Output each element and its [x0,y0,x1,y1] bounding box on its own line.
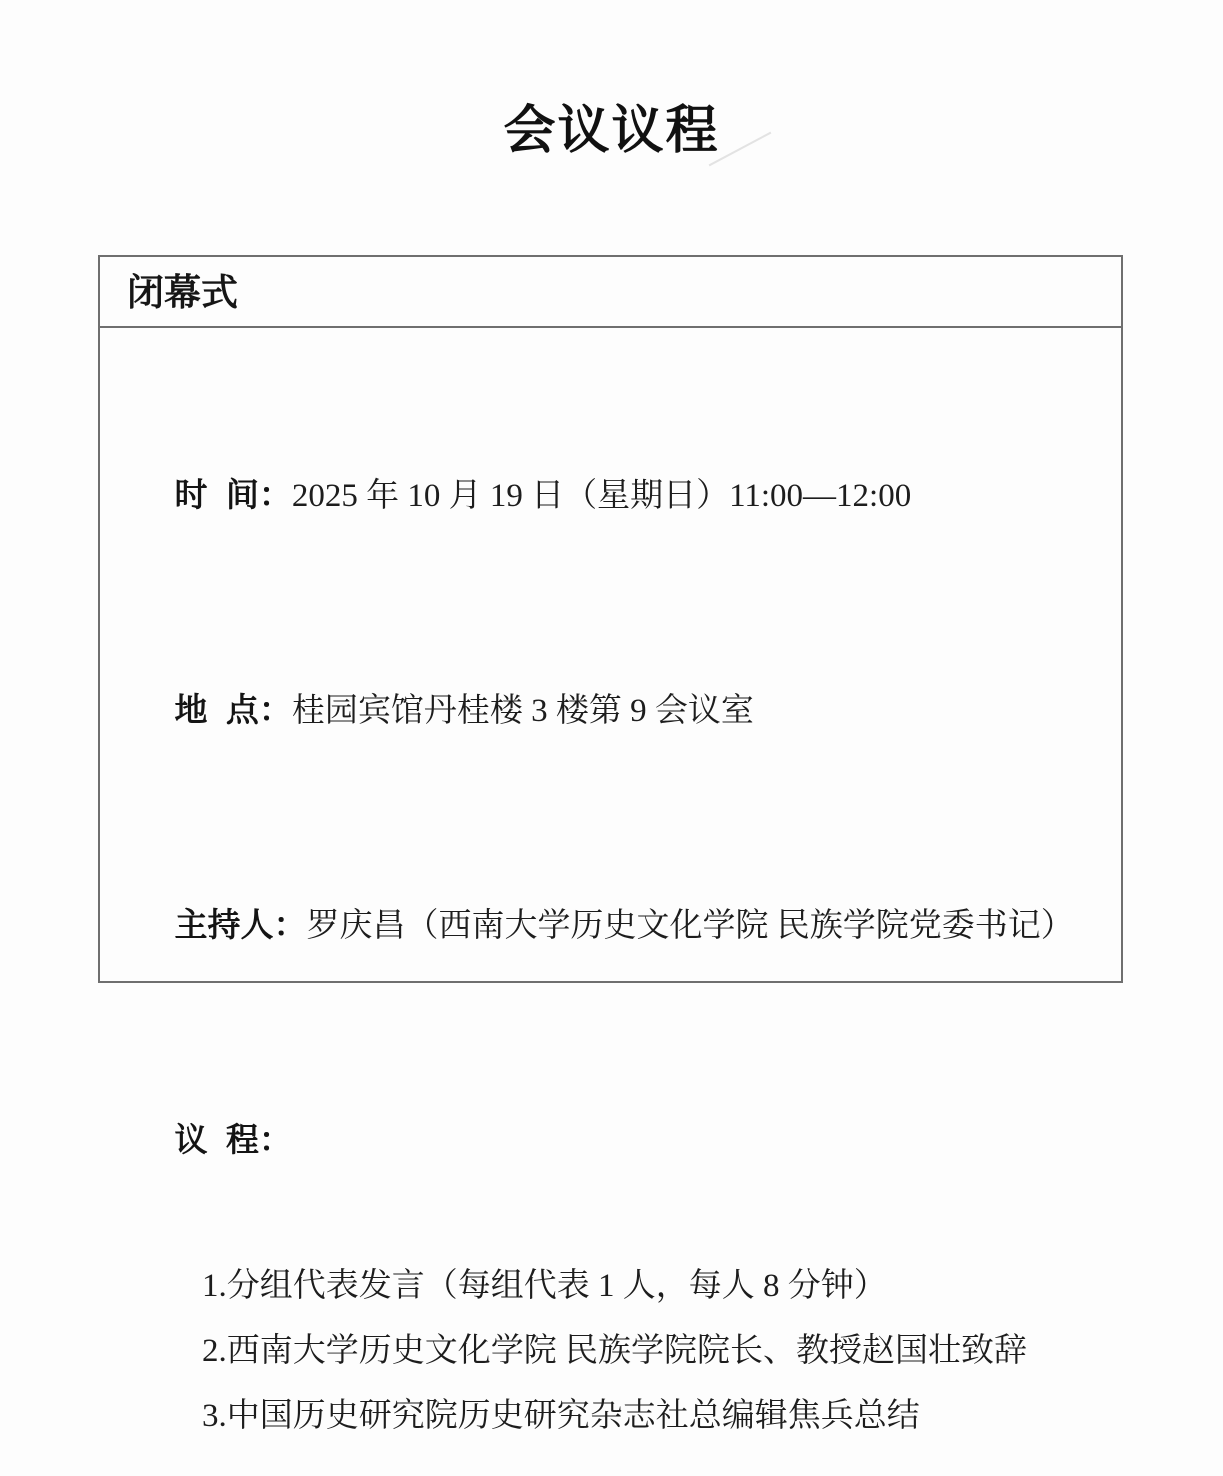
agenda-box: 闭幕式 时 间：2025 年 10 月 19 日（星期日）11:00—12:00… [98,255,1123,983]
agenda-box-body: 时 间：2025 年 10 月 19 日（星期日）11:00—12:00 地 点… [100,328,1121,1449]
info-row-agenda: 议 程： [125,1033,1091,1248]
agenda-item-list: 1.分组代表发言（每组代表 1 人，每人 8 分钟） 2.西南大学历史文化学院 … [125,1254,1091,1449]
agenda-item-2: 2.西南大学历史文化学院 民族学院院长、教授赵国壮致辞 [202,1319,1091,1384]
agenda-box-header: 闭幕式 [100,257,1121,328]
info-row-host: 主持人：罗庆昌（西南大学历史文化学院 民族学院党委书记） [125,818,1091,1033]
agenda-item-3: 3.中国历史研究院历史研究杂志社总编辑焦兵总结 [202,1384,1091,1449]
agenda-item-1: 1.分组代表发言（每组代表 1 人，每人 8 分钟） [202,1254,1091,1319]
location-label: 地 点： [175,691,292,728]
info-row-location: 地 点：桂园宾馆丹桂楼 3 楼第 9 会议室 [125,603,1091,818]
location-value: 桂园宾馆丹桂楼 3 楼第 9 会议室 [292,693,754,729]
agenda-label: 议 程： [175,1121,292,1158]
host-value: 罗庆昌（西南大学历史文化学院 民族学院党委书记） [307,908,1074,944]
time-label: 时 间： [175,476,292,513]
host-label: 主持人： [175,906,307,943]
time-value: 2025 年 10 月 19 日（星期日）11:00—12:00 [292,478,911,514]
page-title: 会议议程 [0,88,1223,163]
info-row-time: 时 间：2025 年 10 月 19 日（星期日）11:00—12:00 [125,388,1091,603]
